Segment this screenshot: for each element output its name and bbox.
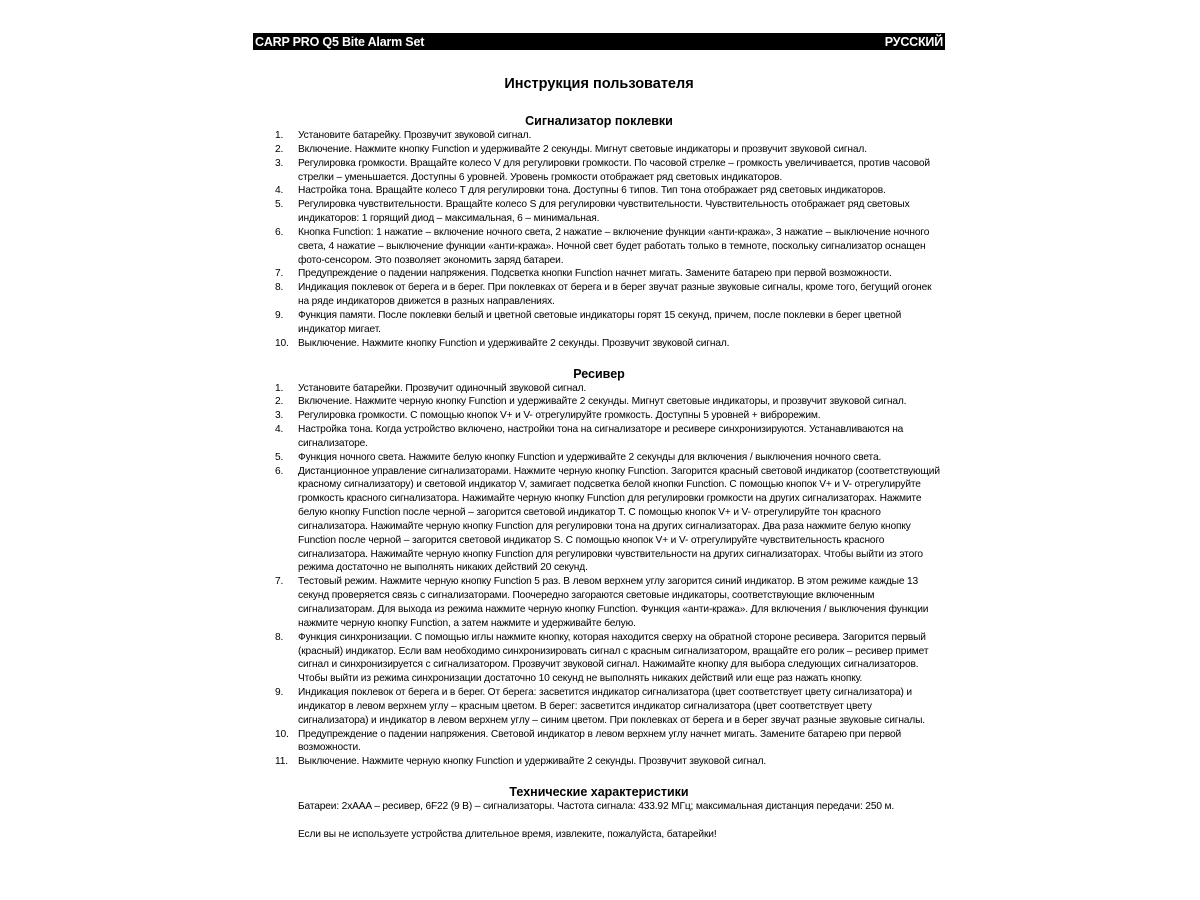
list-item-text: Установите батарейку. Прозвучит звуковой… (298, 130, 531, 141)
section-title-receiver: Ресивер (253, 366, 945, 382)
list-item: 1.Установите батарейки. Прозвучит одиноч… (253, 382, 945, 396)
list-item: 11.Выключение. Нажмите черную кнопку Fun… (253, 755, 945, 769)
list-item-number: 3. (275, 409, 283, 423)
list-item: 8.Функция синхронизации. С помощью иглы … (253, 631, 945, 686)
list-item-number: 7. (275, 575, 283, 589)
list-item-text: Регулировка чувствительности. Вращайте к… (298, 199, 910, 224)
list-item-number: 7. (275, 267, 283, 281)
section-title-alarm: Сигнализатор поклевки (253, 113, 945, 129)
list-item-text: Дистанционное управление сигнализаторами… (298, 466, 940, 574)
list-item-number: 2. (275, 143, 283, 157)
list-item-number: 10. (275, 337, 289, 351)
list-item-number: 1. (275, 382, 283, 396)
list-item-number: 8. (275, 281, 283, 295)
list-item-text: Регулировка громкости. Вращайте колесо V… (298, 158, 930, 183)
list-item-text: Кнопка Function: 1 нажатие – включение н… (298, 227, 929, 266)
list-item: 2.Включение. Нажмите кнопку Function и у… (253, 143, 945, 157)
list-item-number: 4. (275, 184, 283, 198)
list-item: 3.Регулировка громкости. Вращайте колесо… (253, 157, 945, 185)
list-item-text: Функция ночного света. Нажмите белую кно… (298, 452, 881, 463)
list-item-number: 9. (275, 309, 283, 323)
list-item-number: 3. (275, 157, 283, 171)
list-item-number: 2. (275, 395, 283, 409)
list-item: 9.Индикация поклевок от берега и в берег… (253, 686, 945, 728)
document-page: CARP PRO Q5 Bite Alarm Set РУССКИЙ Инстр… (253, 33, 945, 842)
battery-note: Если вы не используете устройства длител… (253, 828, 945, 842)
list-item: 9.Функция памяти. После поклевки белый и… (253, 309, 945, 337)
list-item-text: Предупреждение о падении напряжения. Под… (298, 268, 892, 279)
list-item: 10.Предупреждение о падении напряжения. … (253, 728, 945, 756)
list-item: 5.Регулировка чувствительности. Вращайте… (253, 198, 945, 226)
list-item-text: Тестовый режим. Нажмите черную кнопку Fu… (298, 576, 928, 629)
list-item: 8.Индикация поклевок от берега и в берег… (253, 281, 945, 309)
list-item: 10.Выключение. Нажмите кнопку Function и… (253, 337, 945, 351)
list-item-text: Регулировка громкости. С помощью кнопок … (298, 410, 820, 421)
list-item-text: Включение. Нажмите кнопку Function и уде… (298, 144, 867, 155)
list-item: 3.Регулировка громкости. С помощью кнопо… (253, 409, 945, 423)
section-title-specs: Технические характеристики (253, 784, 945, 800)
list-item-text: Функция синхронизации. С помощью иглы на… (298, 632, 928, 685)
header-bar: CARP PRO Q5 Bite Alarm Set РУССКИЙ (253, 33, 945, 50)
list-item-text: Настройка тона. Вращайте колесо T для ре… (298, 185, 886, 196)
list-item-number: 5. (275, 198, 283, 212)
list-item-number: 4. (275, 423, 283, 437)
list-item-number: 10. (275, 728, 289, 742)
list-item-text: Выключение. Нажмите кнопку Function и уд… (298, 338, 729, 349)
list-item: 1.Установите батарейку. Прозвучит звуков… (253, 129, 945, 143)
list-item: 5.Функция ночного света. Нажмите белую к… (253, 451, 945, 465)
list-item-text: Функция памяти. После поклевки белый и ц… (298, 310, 901, 335)
list-item-number: 5. (275, 451, 283, 465)
document-title: Инструкция пользователя (253, 76, 945, 94)
list-item: 6.Дистанционное управление сигнализатора… (253, 465, 945, 576)
list-item: 4.Настройка тона. Вращайте колесо T для … (253, 184, 945, 198)
product-name: CARP PRO Q5 Bite Alarm Set (255, 35, 424, 49)
list-item-text: Включение. Нажмите черную кнопку Functio… (298, 396, 906, 407)
list-item-number: 1. (275, 129, 283, 143)
list-item: 4.Настройка тона. Когда устройство включ… (253, 423, 945, 451)
list-item-text: Индикация поклевок от берега и в берег. … (298, 282, 931, 307)
list-item-number: 8. (275, 631, 283, 645)
list-item-number: 6. (275, 226, 283, 240)
list-item-text: Предупреждение о падении напряжения. Све… (298, 729, 901, 754)
list-item-number: 9. (275, 686, 283, 700)
list-item-text: Индикация поклевок от берега и в берег. … (298, 687, 925, 726)
list-item-text: Настройка тона. Когда устройство включен… (298, 424, 903, 449)
alarm-instructions-list: 1.Установите батарейку. Прозвучит звуков… (253, 129, 945, 351)
list-item: 2.Включение. Нажмите черную кнопку Funct… (253, 395, 945, 409)
specs-line: Батареи: 2xAAA – ресивер, 6F22 (9 В) – с… (253, 800, 945, 814)
list-item-text: Установите батарейки. Прозвучит одиночны… (298, 383, 586, 394)
list-item-number: 6. (275, 465, 283, 479)
list-item: 7.Предупреждение о падении напряжения. П… (253, 267, 945, 281)
list-item: 7.Тестовый режим. Нажмите черную кнопку … (253, 575, 945, 630)
list-item-number: 11. (275, 755, 288, 769)
language-label: РУССКИЙ (885, 35, 943, 49)
list-item: 6.Кнопка Function: 1 нажатие – включение… (253, 226, 945, 268)
list-item-text: Выключение. Нажмите черную кнопку Functi… (298, 756, 766, 767)
receiver-instructions-list: 1.Установите батарейки. Прозвучит одиноч… (253, 382, 945, 770)
